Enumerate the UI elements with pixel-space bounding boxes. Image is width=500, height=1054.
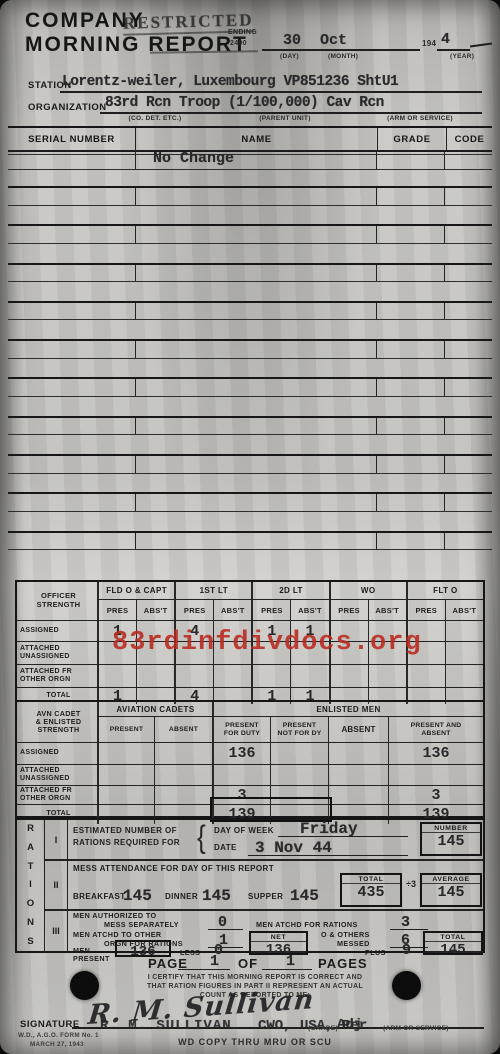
rations-section-ii: MESS ATTENDANCE FOR DAY OF THIS REPORT B…: [68, 859, 483, 909]
roster-col-code: CODE: [446, 128, 492, 150]
column-divider: [135, 265, 136, 282]
rations-section-i: ESTIMATED NUMBER OF RATIONS REQUIRED FOR…: [68, 820, 483, 859]
column-divider: [444, 188, 445, 205]
org-sublabel-co: (CO. DET. ETC.): [100, 115, 210, 122]
roster-blank-row: [8, 454, 492, 474]
breakfast-label: BREAKFAST: [73, 893, 126, 902]
date-label: DATE: [214, 844, 237, 853]
officer-sub-pres: PRES: [97, 600, 136, 620]
org-sublabel-parent: (PARENT UNIT): [230, 115, 340, 122]
column-divider: [444, 456, 445, 473]
number-box-label: NUMBER: [422, 824, 480, 833]
rations-side-label: RATIONS: [17, 820, 45, 951]
column-divider: [376, 188, 377, 205]
net-box: NET 136: [249, 931, 308, 955]
brace-glyph: {: [197, 819, 206, 856]
column-divider: [135, 456, 136, 473]
roster-blank-row: [8, 531, 492, 551]
roster-col-grade: GRADE: [377, 128, 446, 150]
underline: [208, 929, 243, 930]
men-authorized-label: MEN AUTHORIZED TO: [73, 912, 156, 920]
pages-label: PAGES: [318, 956, 368, 971]
roster-blank-row: [8, 492, 492, 512]
rations-letter: T: [28, 861, 34, 872]
column-divider: [135, 494, 136, 511]
roster-blank-row: [8, 186, 492, 206]
arm-sublabel: (ARM OR SERVICE): [383, 1025, 449, 1032]
wd-copy-note: WD COPY THRU MRU OR SCU: [150, 1037, 360, 1047]
column-divider: [376, 150, 377, 169]
column-divider: [376, 265, 377, 282]
officer-group-2d-lt: 2D LT: [251, 582, 328, 599]
officer-sub-pres: PRES: [329, 600, 368, 620]
day-of-week-label: DAY OF WEEK: [214, 827, 274, 836]
officer-sub-abst: ABS'T: [136, 600, 174, 620]
day-value: 30: [283, 32, 301, 49]
net-value: 136: [251, 942, 306, 958]
year-prefix: 194: [422, 39, 436, 48]
organization-value: 83rd Rcn Troop (1/100,000) Cav Rcn: [105, 95, 384, 111]
year-digit: 4: [441, 31, 450, 48]
column-divider: [376, 303, 377, 320]
rations-letter: N: [27, 917, 34, 928]
average-value: 145: [422, 884, 480, 901]
dinner-label: DINNER: [165, 893, 198, 902]
column-divider: [444, 303, 445, 320]
grade-sublabel: (GRADE): [308, 1025, 338, 1032]
atchd-other-label1: MEN ATCHD TO OTHER: [73, 931, 162, 939]
column-divider: [135, 379, 136, 396]
dinner-value: 145: [202, 887, 231, 905]
column-divider: [444, 533, 445, 550]
of-label: OF: [238, 956, 258, 971]
typed-name: R. M. SULLIVAN: [100, 1018, 232, 1034]
pen-dash: [470, 42, 492, 47]
dow-underline: [278, 836, 408, 837]
officer-group-1st-lt: 1ST LT: [174, 582, 251, 599]
column-divider: [444, 494, 445, 511]
station-underline: [60, 91, 482, 93]
supper-value: 145: [290, 887, 319, 905]
certificate-line1: I CERTIFY THAT THIS MORNING REPORT IS CO…: [110, 974, 400, 981]
messed-label: MESSED: [337, 940, 370, 948]
mess-total-box: TOTAL 435: [340, 873, 402, 907]
org-sublabel-arm: (ARM OR SERVICE): [365, 115, 475, 122]
men-present-box: 136: [115, 940, 171, 957]
rations-total-value: 145: [425, 942, 481, 958]
column-divider: [135, 303, 136, 320]
officer-table-corner: OFFICERSTRENGTH: [17, 582, 97, 620]
column-divider: [444, 265, 445, 282]
group-aviation-cadets: AVIATION CADETS: [97, 702, 212, 716]
mess-total-label: TOTAL: [342, 875, 400, 884]
officer-sub-pres: PRES: [251, 600, 290, 620]
column-divider: [444, 341, 445, 358]
morning-report-form: COMPANY RESTRICTED MORNING REPORT ENDING…: [0, 0, 500, 1054]
column-divider: [376, 379, 377, 396]
mess-total-value: 435: [342, 884, 400, 901]
divide-by-three: ÷3: [406, 879, 416, 889]
officer-sub-pres: PRES: [406, 600, 445, 620]
column-divider: [135, 533, 136, 550]
month-sublabel: (MONTH): [328, 53, 358, 60]
officer-sub-abst: ABS'T: [290, 600, 328, 620]
rations-total-box: TOTAL 145: [423, 931, 483, 955]
officer-sub-abst: ABS'T: [368, 600, 406, 620]
rations-letter: I: [29, 879, 32, 890]
enlisted-row-attached-fr-other: ATTACHED FR OTHER ORGN 3 3: [17, 785, 483, 804]
enlisted-row-assigned: ASSIGNED 136 136: [17, 742, 483, 764]
organization-underline: [100, 112, 482, 114]
typed-arm: Adj: [337, 1017, 362, 1033]
sub-present: PRESENT: [97, 717, 154, 742]
column-divider: [376, 341, 377, 358]
rations-numerals: I II III: [45, 820, 68, 951]
roster-header-row: SERIAL NUMBER NAME GRADE CODE: [8, 126, 492, 152]
plus-value: 9: [402, 942, 411, 959]
sub-present-not-for-duty: PRESENT NOT FOR DY: [270, 717, 328, 742]
column-divider: [376, 226, 377, 243]
roster-entry-name: No Change: [153, 150, 234, 167]
rations-total-label: TOTAL: [425, 933, 481, 942]
roster-blank-row: [8, 263, 492, 283]
column-divider: [444, 418, 445, 435]
column-divider: [444, 226, 445, 243]
officer-sub-pres: PRES: [174, 600, 213, 620]
men-present-label: MEN PRESENT: [73, 947, 113, 963]
enlisted-table-corner: AVN CADET& ENLISTEDSTRENGTH: [17, 702, 97, 742]
form-title-line2: MORNING REPORT: [25, 33, 248, 57]
plus-label: PLUS: [365, 949, 386, 957]
section-i-numeral: I: [45, 820, 67, 859]
column-divider: [376, 494, 377, 511]
sub-absent: ABSENT: [154, 717, 212, 742]
form-number: W.D., A.G.O. FORM No. 1: [18, 1032, 99, 1039]
rations-letter: R: [27, 823, 34, 834]
rations-required-label: RATIONS REQUIRED FOR: [73, 839, 180, 848]
rations-section-iii: MEN AUTHORIZED TO MESS SEPARATELY 0 MEN …: [68, 909, 483, 951]
column-divider: [376, 456, 377, 473]
mess-attendance-title: MESS ATTENDANCE FOR DAY OF THIS REPORT: [73, 865, 274, 874]
section-ii-numeral: II: [45, 859, 67, 909]
officer-group-flt-o: FLT O: [406, 582, 483, 599]
average-box: AVERAGE 145: [420, 873, 482, 907]
supper-label: SUPPER: [248, 893, 283, 902]
roster-blank-rows: [8, 186, 492, 569]
column-divider: [135, 341, 136, 358]
sub-present-for-duty: PRESENT FOR DUTY: [212, 717, 270, 742]
rations-letter: S: [27, 936, 33, 947]
officer-group-wo: WO: [329, 582, 406, 599]
roster-entry-row: No Change: [8, 150, 492, 170]
officer-group-fldo-capt: FLD O & CAPT: [97, 582, 174, 599]
pages-number: 1: [286, 953, 295, 970]
column-divider: [444, 150, 445, 169]
column-divider: [135, 188, 136, 205]
number-box: NUMBER 145: [420, 822, 482, 856]
breakfast-value: 145: [123, 887, 152, 905]
mess-separately-label: MESS SEPARATELY: [104, 921, 179, 929]
sub-absent-enlisted: ABSENT: [328, 717, 388, 742]
year-underline: [437, 49, 470, 51]
page-number: 1: [210, 953, 219, 970]
column-divider: [135, 150, 136, 169]
estimated-number-label: ESTIMATED NUMBER OF: [73, 827, 177, 836]
date-underline: [262, 49, 420, 51]
o-and-others-label: O & OTHERS: [321, 931, 370, 939]
day-sublabel: (DAY): [280, 53, 299, 60]
station-value: Lorentz-weiler, Luxembourg VP851236 ShtU…: [62, 74, 398, 90]
form-date: MARCH 27, 1943: [30, 1041, 84, 1048]
page-underline: [178, 969, 230, 970]
rations-letter: O: [27, 898, 34, 909]
ending-label: ENDING: [228, 29, 257, 36]
officer-row-attached-fr-other: ATTACHED FR OTHER ORGN: [17, 664, 483, 687]
net-label: NET: [251, 933, 306, 942]
officer-sub-abst: ABS'T: [213, 600, 251, 620]
rations-letter: A: [27, 842, 34, 853]
month-value: Oct: [320, 32, 347, 49]
column-divider: [135, 418, 136, 435]
roster-blank-row: [8, 339, 492, 359]
roster-col-name: NAME: [135, 128, 377, 150]
men-atchd-rations-label: MEN ATCHD FOR RATIONS: [256, 921, 358, 929]
date-underline2: [248, 855, 408, 856]
signature-label: SIGNATURE: [20, 1019, 80, 1030]
organization-label: ORGANIZATION: [28, 102, 107, 113]
roster-blank-row: [8, 377, 492, 397]
punch-hole-left: [70, 971, 99, 1000]
roster-col-serial-number: SERIAL NUMBER: [8, 128, 135, 150]
sub-present-and-absent: PRESENT AND ABSENT: [388, 717, 483, 742]
column-divider: [376, 533, 377, 550]
roster-blank-row: [8, 301, 492, 321]
year-sublabel: (YEAR): [450, 53, 474, 60]
number-box-value: 145: [422, 833, 480, 850]
column-divider: [376, 418, 377, 435]
roster-blank-row: [8, 416, 492, 436]
enlisted-row-attached-unassigned: ATTACHED UNASSIGNED: [17, 764, 483, 785]
punch-hole-right: [392, 971, 421, 1000]
enlisted-strength-table: AVN CADET& ENLISTEDSTRENGTH AVIATION CAD…: [15, 700, 485, 818]
roster-blank-row: [8, 224, 492, 244]
watermark-text: 83rdinfdivdocs.org: [112, 628, 422, 658]
officer-sub-abst: ABS'T: [445, 600, 483, 620]
group-enlisted-men: ENLISTED MEN: [212, 702, 483, 716]
rations-section: RATIONS I II III ESTIMATED NUMBER OF RAT…: [15, 818, 485, 953]
ending-2400: 2400: [230, 40, 247, 47]
section-iii-numeral: III: [45, 909, 67, 951]
column-divider: [135, 226, 136, 243]
average-label: AVERAGE: [422, 875, 480, 884]
column-divider: [444, 379, 445, 396]
pages-underline: [262, 969, 312, 970]
